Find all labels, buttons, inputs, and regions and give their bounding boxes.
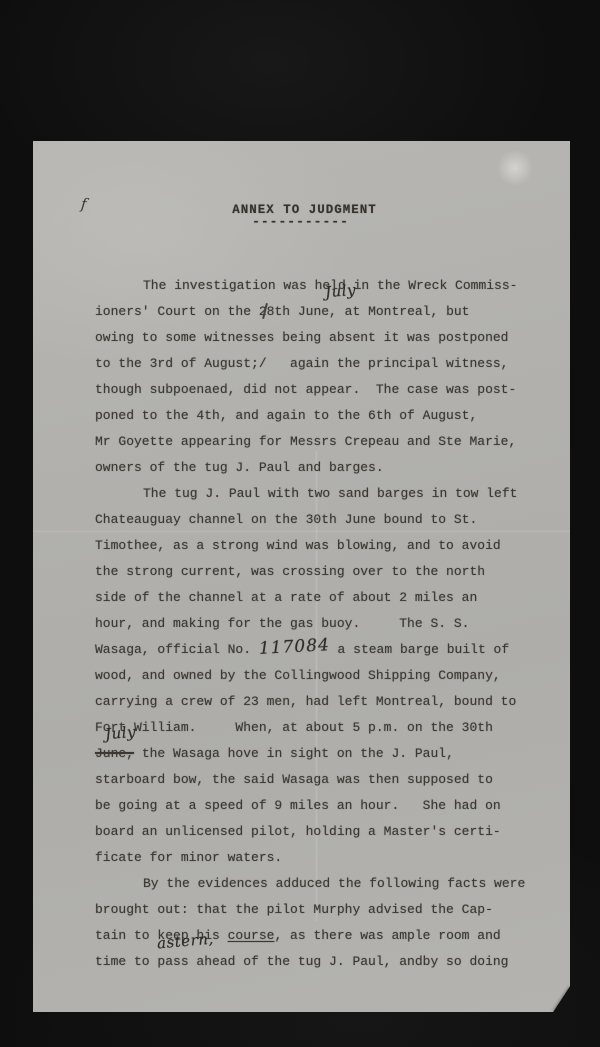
page-corner-fold [553,986,570,1012]
text-line: hour, and making for the gas buoy. The S… [95,611,542,637]
text-line: side of the channel at a rate of about 2… [95,585,542,611]
text-line: ficate for minor waters. [95,845,542,871]
text-line: owners of the tug J. Paul and barges. [95,455,542,481]
text-line: wood, and owned by the Collingwood Shipp… [95,663,542,689]
text-line: though subpoenaed, did not appear. The c… [95,377,542,403]
line-segment: time to pass ahead of the tug J. Paul, a… [95,954,508,969]
text-line: to the 3rd of August;/ again the princip… [95,351,542,377]
text-line: Chateauguay channel on the 30th June bou… [95,507,542,533]
text-line: Mr Goyette appearing for Messrs Crepeau … [95,429,542,455]
text-line: June, the Wasaga hove in sight on the J.… [95,741,542,767]
text-line: The investigation was held in the Wreck … [95,273,542,299]
text-line: starboard bow, the said Wasaga was then … [95,767,542,793]
handwritten-astern-annotation: astern, [156,932,214,951]
line-segment: a steam barge built of [330,642,509,657]
text-line: Wasaga, official No. 117084 a steam barg… [95,637,542,663]
document-text: ANNEX TO JUDGMENT ----------- The invest… [33,141,570,1012]
underlined-word-course: course [228,928,275,943]
scanned-document-photo: f ANNEX TO JUDGMENT ----------- The inve… [0,0,600,1047]
text-line: ioners' Court on the 28th June, at Montr… [95,299,542,325]
handwritten-july-annotation: July [104,725,136,742]
line-segment: th June, at Montreal, but [274,304,469,319]
text-line: carrying a crew of 23 men, had left Mont… [95,689,542,715]
text-line: owing to some witnesses being absent it … [95,325,542,351]
document-page: f ANNEX TO JUDGMENT ----------- The inve… [33,141,570,1012]
text-line: Fort William. When, at about 5 p.m. on t… [95,715,542,741]
handwritten-july-annotation: July [324,283,356,300]
text-line: board an unlicensed pilot, holding a Mas… [95,819,542,845]
text-line: Timothee, as a strong wind was blowing, … [95,533,542,559]
text-line: the strong current, was crossing over to… [95,559,542,585]
line-segment: the Wasaga hove in sight on the J. Paul, [134,746,454,761]
struck-word-june: June, [95,746,134,761]
text-line: By the evidences adduced the following f… [95,871,542,897]
title-underline: ----------- [77,217,524,227]
text-line: time to pass ahead of the tug J. Paul, a… [95,949,542,975]
text-line: The tug J. Paul with two sand barges in … [95,481,542,507]
text-line: be going at a speed of 9 miles an hour. … [95,793,542,819]
line-segment: , as there was ample room and [274,928,500,943]
document-body: The investigation was held in the Wreck … [95,273,542,975]
line-segment: Wasaga, official No. [95,642,259,657]
line-segment: ioners' Court on the 2 [95,304,267,319]
text-line: brought out: that the pilot Murphy advis… [95,897,542,923]
text-line: poned to the 4th, and again to the 6th o… [95,403,542,429]
handwritten-official-number: 117084 [258,638,330,656]
